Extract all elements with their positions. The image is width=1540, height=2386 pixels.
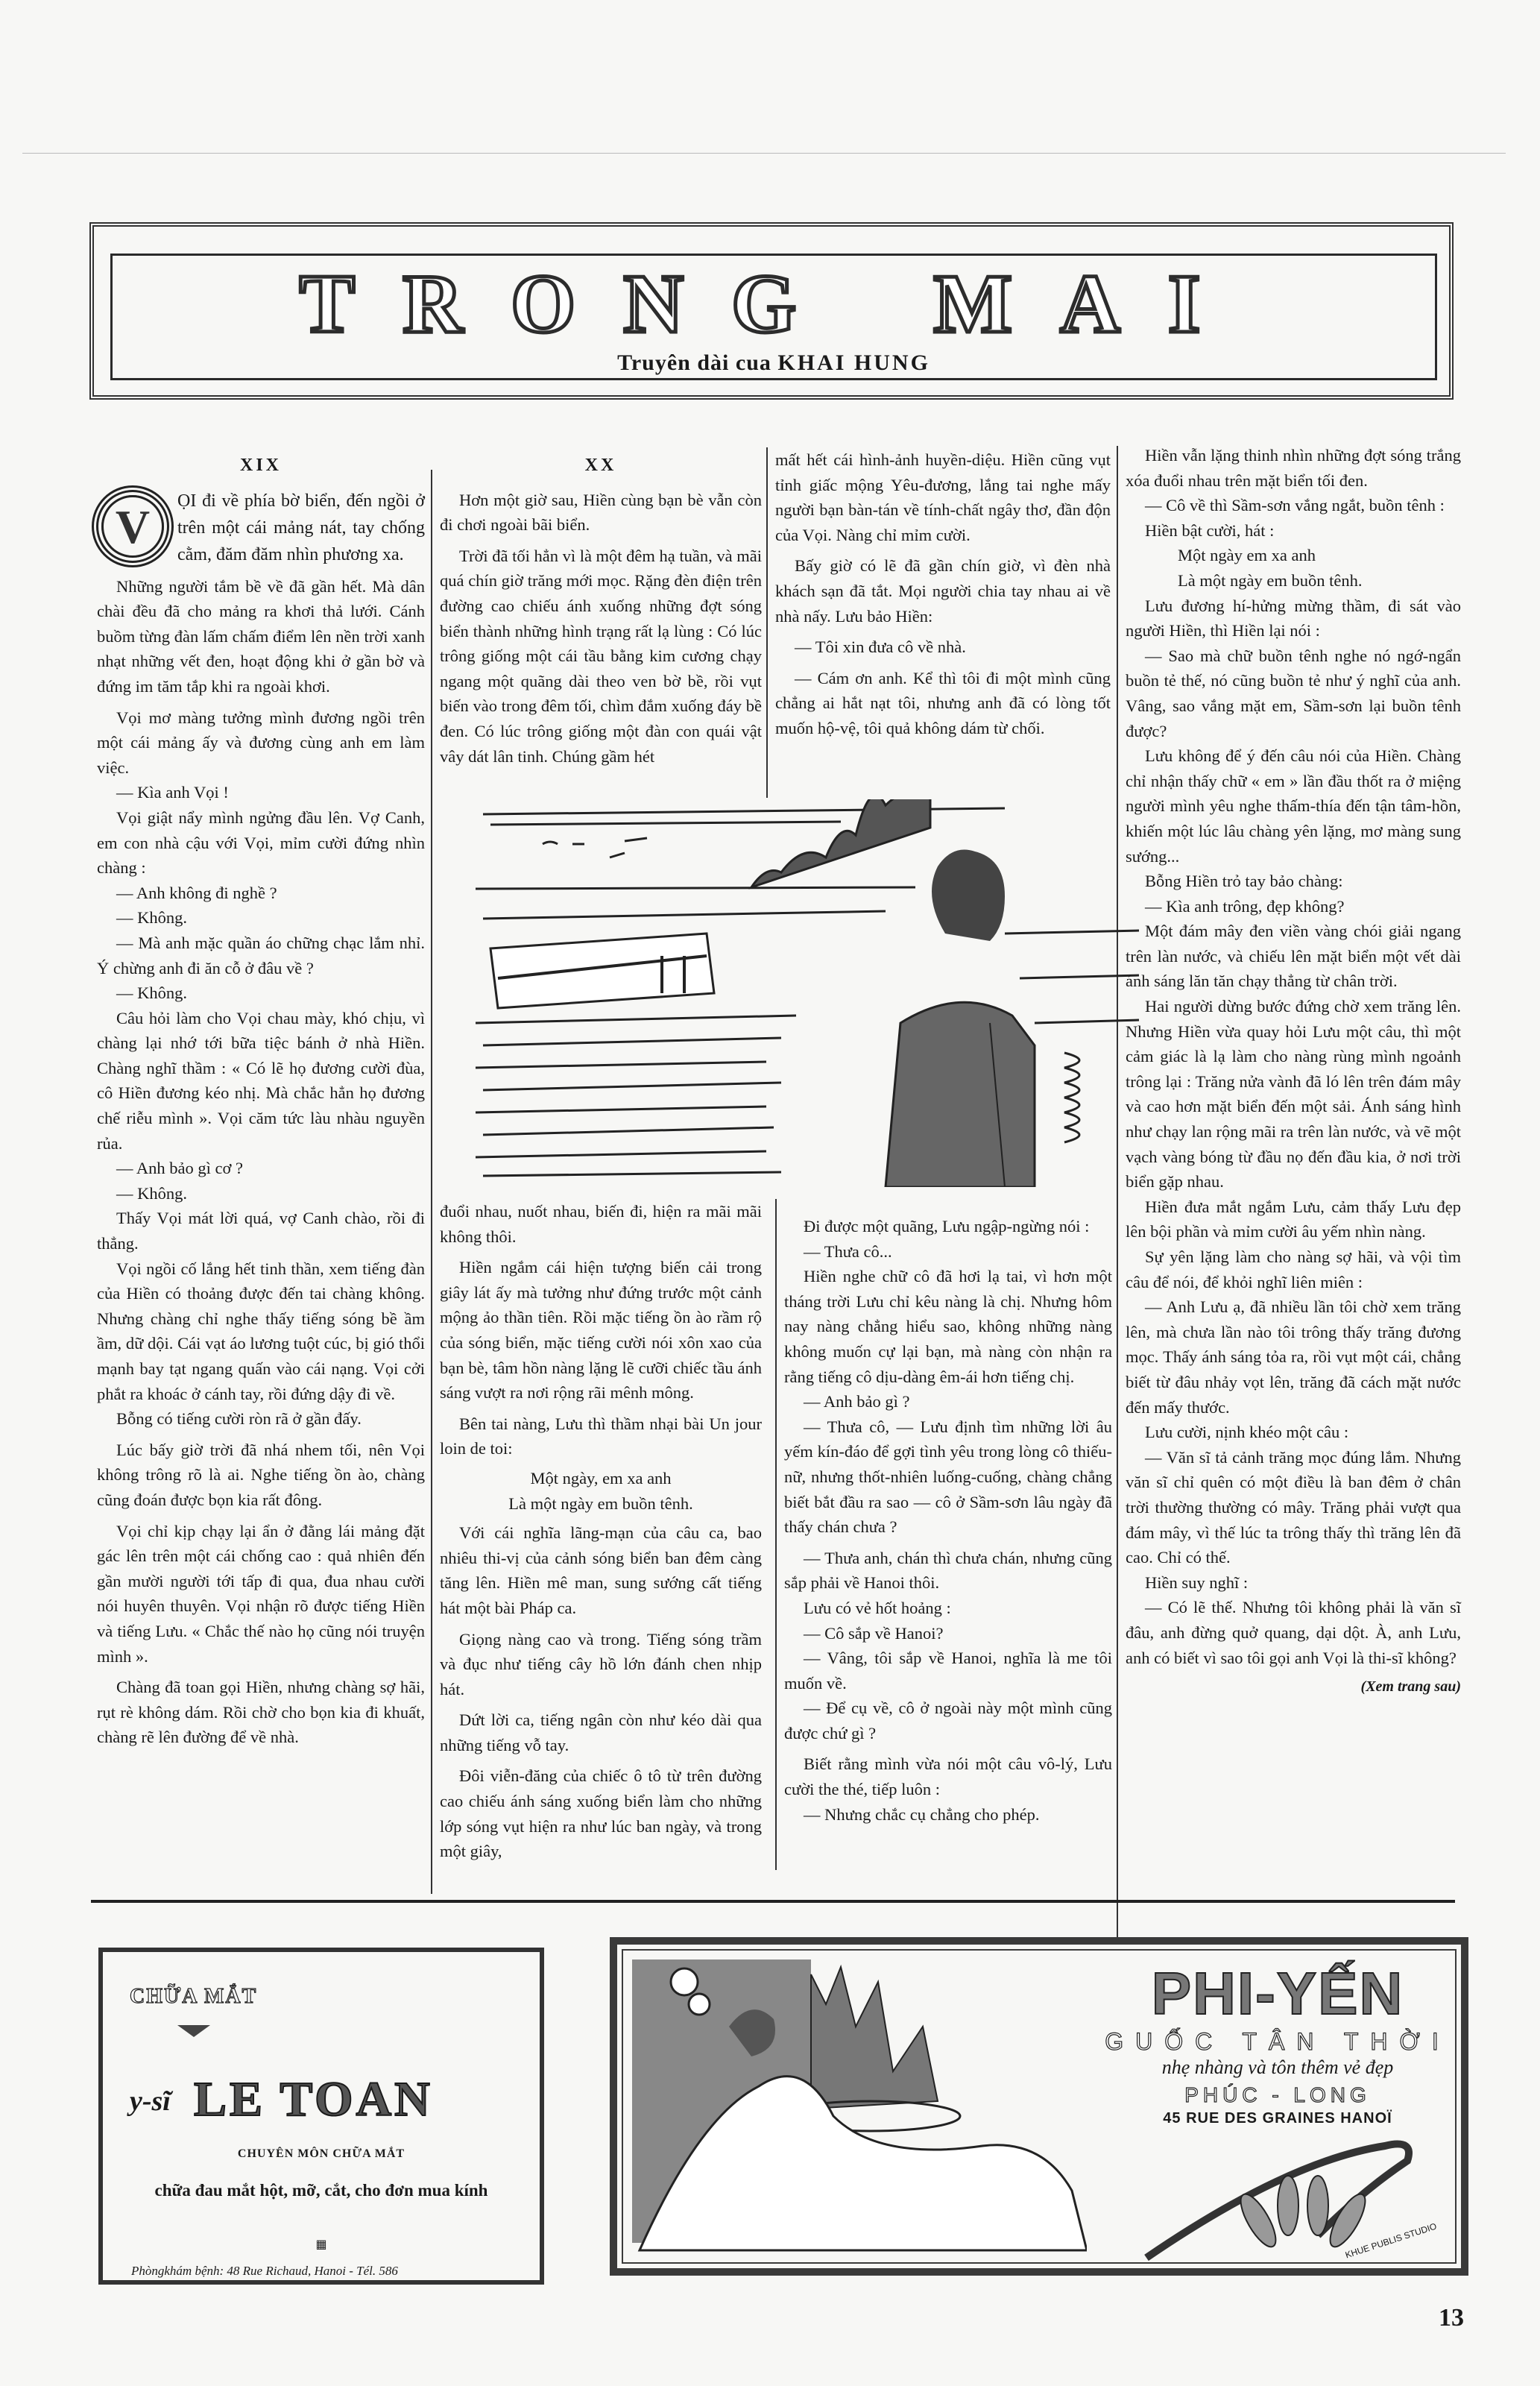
dialogue-line: — Thưa cô, — Lưu định tìm những lời âu y… (784, 1414, 1112, 1540)
dropcap-v-icon: V (101, 495, 164, 558)
paragraph: Chàng đã toan gọi Hiền, nhưng chàng sợ h… (97, 1675, 425, 1750)
paragraph: Vọi ngồi cố lắng hết tinh thần, xem tiến… (97, 1256, 425, 1407)
paragraph: Dứt lời ca, tiếng ngân còn như kéo dài q… (440, 1707, 762, 1757)
dialogue-line: — Cô về thì Sầm-sơn vắng ngắt, buồn tênh… (1126, 493, 1461, 518)
column-divider (766, 447, 768, 798)
paragraph: Lưu cười, nịnh khéo một câu : (1126, 1420, 1461, 1445)
paragraph: Vọi giật nẩy mình ngửng đầu lên. Vợ Canh… (97, 805, 425, 881)
paragraph: Hiền suy nghĩ : (1126, 1570, 1461, 1596)
beach-scene-icon (468, 799, 1184, 1187)
dialogue-line: — Không. (97, 980, 425, 1006)
doctor-name: LE TOAN (194, 2071, 433, 2128)
dialogue-line: — Thưa anh, chán thì chưa chán, nhưng cũ… (784, 1546, 1112, 1596)
column-3-top: mất hết cái hình-ảnh huyền-diệu. Hiền cũ… (775, 447, 1111, 747)
dialogue-line: — Không. (97, 905, 425, 931)
story-byline: Truyên dài cua KHAI HUNG (110, 350, 1437, 376)
chapter-heading: XX (440, 453, 762, 479)
paragraph: Trời đã tối hẳn vì là một đêm hạ tuần, v… (440, 544, 762, 769)
paragraph: Lưu đương hí-hửng mừng thầm, đi sát vào … (1126, 594, 1461, 643)
chapter-heading: XIX (97, 453, 425, 479)
dialogue-line: — Anh không đi nghề ? (97, 881, 425, 906)
product-name: GUỐC TÂN THỜI (1084, 2028, 1471, 2056)
shop-name: PHÚC - LONG (1084, 2083, 1471, 2107)
song-verse: Một ngày, em xa anh Là một ngày em buồn … (440, 1466, 762, 1516)
section-divider (91, 1900, 1455, 1903)
column-divider (1117, 446, 1118, 1937)
dialogue-line: — Anh bảo gì ? (784, 1389, 1112, 1414)
dialogue-line: — Sao mà chữ buồn tênh nghe nó ngớ-ngẩn … (1126, 643, 1461, 743)
paragraph: Một đám mây đen viền vàng chói giải ngan… (1126, 919, 1461, 994)
woman-at-beach-illustration (468, 799, 1184, 1187)
tagline: nhẹ nhàng và tôn thêm vẻ đẹp (1084, 2056, 1471, 2079)
paragraph: Bỗng Hiền trỏ tay bảo chàng: (1126, 869, 1461, 894)
column-2-top: XX Hơn một giờ sau, Hiền cùng bạn bè vẫn… (440, 453, 762, 775)
story-title: TRONGMAI (110, 262, 1437, 346)
paragraph: Đi được một quãng, Lưu ngập-ngừng nói : (784, 1214, 1112, 1239)
dialogue-line: — Tôi xin đưa cô về nhà. (775, 635, 1111, 660)
dialogue-line: — Để cụ về, cô ở ngoài này một mình cũng… (784, 1696, 1112, 1746)
ornament-icon: ▦ (103, 2237, 540, 2252)
paragraph: Đôi viễn-đăng của chiếc ô tô từ trên đườ… (440, 1763, 762, 1863)
column-3-bottom: Đi được một quãng, Lưu ngập-ngừng nói : … (784, 1214, 1112, 1827)
paragraph: Lúc bấy giờ trời đã nhá nhem tối, nên Vọ… (97, 1438, 425, 1513)
shop-address: 45 RUE DES GRAINES HANOÏ (1084, 2110, 1471, 2127)
dialogue-line: — Văn sĩ tả cảnh trăng mọc đúng lắm. Như… (1126, 1445, 1461, 1570)
dialogue-line: — Kìa anh Vọi ! (97, 780, 425, 805)
paragraph: Hiền bật cười, hát : (1126, 518, 1461, 544)
verse-line: Là một ngày em buồn tênh. (440, 1491, 762, 1517)
dialogue-line: — Cô sắp về Hanoi? (784, 1621, 1112, 1646)
verse-line: Một ngày em xa anh (1126, 543, 1461, 568)
paragraph: Bên tai nàng, Lưu thì thầm nhại bài Un j… (440, 1411, 762, 1461)
paragraph: Lưu không để ý đến câu nói của Hiền. Chà… (1126, 743, 1461, 869)
paragraph: Hơn một giờ sau, Hiền cùng bạn bè vẫn cò… (440, 488, 762, 538)
dialogue-line: — Kìa anh trông, đẹp không? (1126, 894, 1461, 919)
ad-specialty: CHUYÊN MÔN CHỮA MẮT (103, 2147, 540, 2161)
paragraph: Hiền đưa mắt ngắm Lưu, cảm thấy Lưu đẹp … (1126, 1194, 1461, 1244)
dialogue-line: — Thưa cô... (784, 1239, 1112, 1265)
paragraph: Sự yên lặng làm cho nàng sợ hãi, và vội … (1126, 1244, 1461, 1294)
author-name: KHAI HUNG (777, 350, 930, 375)
page-number: 13 (1439, 2304, 1464, 2332)
ad-header: CHỮA MẮT (130, 1985, 257, 2009)
paragraph: Bỗng có tiếng cười ròn rã ở gần đấy. (97, 1406, 425, 1432)
column-divider (431, 470, 432, 1894)
down-arrow-icon (177, 2025, 210, 2037)
dialogue-line: — Nhưng chắc cụ chẳng cho phép. (784, 1802, 1112, 1828)
paragraph: Vọi mơ màng tưởng mình đương ngồi trên m… (97, 705, 425, 781)
paragraph: Bấy giờ có lẽ đã gần chín giờ, vì đèn nh… (775, 553, 1111, 629)
scan-artifact-line (22, 153, 1506, 154)
brand-name: PHI-YẾN (1084, 1964, 1471, 2024)
verse-line: Là một ngày em buồn tênh. (1126, 568, 1461, 594)
ad-address: Phòngkhám bệnh: 48 Rue Richaud, Hanoi - … (131, 2264, 398, 2279)
column-2-bottom: đuổi nhau, nuốt nhau, biến đi, hiện ra m… (440, 1199, 762, 1870)
phi-yen-clogs-ad: PHI-YẾN GUỐC TÂN THỜI nhẹ nhàng và tôn t… (610, 1937, 1468, 2276)
paragraph: Những người tắm bề về đã gần hết. Mà dân… (97, 574, 425, 699)
paragraph: Hiền nghe chữ cô đã hơi lạ tai, vì hơn m… (784, 1264, 1112, 1389)
woman-by-lake-illustration-icon (625, 1952, 1087, 2265)
paragraph: Hai người dừng bước đứng chờ xem trăng l… (1126, 994, 1461, 1194)
paragraph: Thấy Vọi mát lời quá, vợ Canh chào, rồi … (97, 1206, 425, 1256)
paragraph: Với cái nghĩa lãng-mạn của câu ca, bao n… (440, 1520, 762, 1620)
column-divider (775, 1199, 777, 1870)
paragraph: Hiền vẫn lặng thinh nhìn những đợt sóng … (1126, 443, 1461, 493)
dialogue-line: — Không. (97, 1181, 425, 1206)
dialogue-line: — Có lẽ thế. Nhưng tôi không phải là văn… (1126, 1595, 1461, 1670)
ad-services: chữa đau mắt hột, mỡ, cắt, cho đơn mua k… (118, 2177, 525, 2204)
column-4: Hiền vẫn lặng thinh nhìn những đợt sóng … (1126, 443, 1461, 1700)
dialogue-line: — Anh Lưu ạ, đã nhiều lần tôi chờ xem tr… (1126, 1294, 1461, 1420)
paragraph: Biết rằng mình vừa nói một câu vô-lý, Lư… (784, 1751, 1112, 1801)
swallow-and-clogs-icon (1139, 2131, 1459, 2265)
song-verse: Một ngày em xa anh Là một ngày em buồn t… (1126, 543, 1461, 593)
dialogue-line: — Vâng, tôi sắp về Hanoi, nghĩa là me tô… (784, 1646, 1112, 1696)
paragraph: đuổi nhau, nuốt nhau, biến đi, hiện ra m… (440, 1199, 762, 1249)
continued-next-page: (Xem trang sau) (1126, 1675, 1461, 1700)
paragraph: Hiền ngắm cái hiện tượng biến cải trong … (440, 1255, 762, 1406)
dialogue-line: — Anh bảo gì cơ ? (97, 1156, 425, 1181)
paragraph: Vọi chỉ kịp chạy lại ẩn ở đằng lái mảng … (97, 1519, 425, 1669)
column-1: XIX V ỌI đi về phía bờ biển, đến ngồi ở … (97, 453, 425, 1756)
paragraph: Giọng nàng cao và trong. Tiếng sóng trầm… (440, 1627, 762, 1702)
doctor-title: y-sĩ (130, 2085, 171, 2118)
paragraph: Lưu có vẻ hốt hoảng : (784, 1596, 1112, 1621)
eye-doctor-ad: CHỮA MẮT y-sĩ LE TOAN CHUYÊN MÔN CHỮA MẮ… (98, 1948, 544, 2285)
verse-line: Một ngày, em xa anh (440, 1466, 762, 1491)
paragraph: Câu hỏi làm cho Vọi chau mày, khó chịu, … (97, 1006, 425, 1156)
dialogue-line: — Cám ơn anh. Kể thì tôi đi một mình cũn… (775, 666, 1111, 741)
dialogue-line: — Mà anh mặc quần áo chững chạc lắm nhỉ.… (97, 931, 425, 980)
paragraph: mất hết cái hình-ảnh huyền-diệu. Hiền cũ… (775, 447, 1111, 547)
